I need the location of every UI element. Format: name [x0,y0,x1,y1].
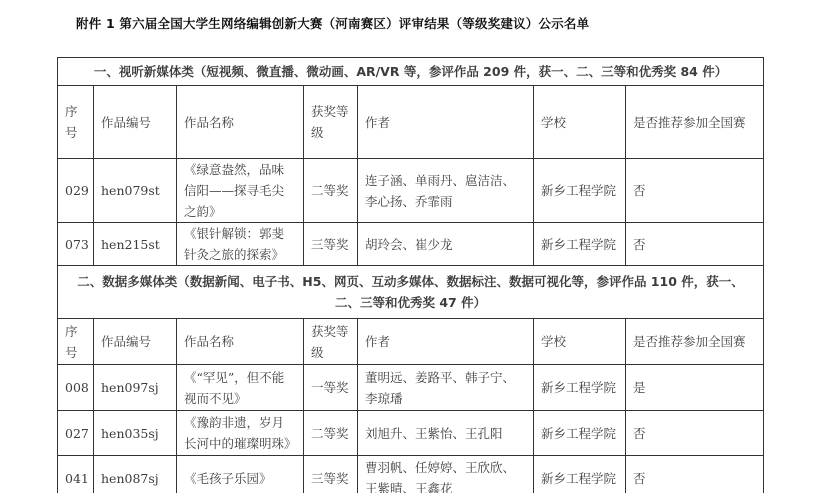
row-seq: 008 [58,365,94,411]
table-row: 027 hen035sj 《豫韵非遗，岁月长河中的璀璨明珠》 二等奖 刘旭升、王… [58,411,764,456]
row-award: 二等奖 [304,159,358,223]
row-authors: 曹羽帆、任婷婷、王欣欣、王紫晴、王鑫花 [358,456,534,493]
row-name: 《豫韵非遗，岁月长河中的璀璨明珠》 [177,411,304,456]
row-seq: 029 [58,159,94,223]
section-heading: 一、视听新媒体类（短视频、微直播、微动画、AR/VR 等，参评作品 209 件，… [58,58,764,86]
header-name: 作品名称 [177,86,304,159]
row-authors: 胡玲会、崔少龙 [358,223,534,266]
row-code: hen097sj [94,365,177,411]
row-name: 《“罕见”，但不能视而不见》 [177,365,304,411]
header-seq: 序号 [58,319,94,365]
row-recommend: 否 [626,411,764,456]
table-header-row: 序号 作品编号 作品名称 获奖等级 作者 学校 是否推荐参加全国赛 [58,86,764,159]
header-seq: 序号 [58,86,94,159]
row-school: 新乡工程学院 [534,365,626,411]
header-authors: 作者 [358,319,534,365]
row-seq: 027 [58,411,94,456]
table-row: 008 hen097sj 《“罕见”，但不能视而不见》 一等奖 董明远、姜路平、… [58,365,764,411]
table-row: 041 hen087sj 《毛孩子乐园》 三等奖 曹羽帆、任婷婷、王欣欣、王紫晴… [58,456,764,493]
row-name: 《银针解锁：郭斐针灸之旅的探索》 [177,223,304,266]
row-authors: 董明远、姜路平、韩子宁、李琼璠 [358,365,534,411]
row-award: 三等奖 [304,223,358,266]
row-seq: 041 [58,456,94,493]
header-school: 学校 [534,319,626,365]
header-recommend: 是否推荐参加全国赛 [626,319,764,365]
row-school: 新乡工程学院 [534,159,626,223]
section-heading: 二、数据多媒体类（数据新闻、电子书、H5、网页、互动多媒体、数据标注、数据可视化… [58,266,764,319]
document-title: 附件 1 第六届全国大学生网络编辑创新大赛（河南赛区）评审结果（等级奖建议）公示… [76,14,589,32]
header-code: 作品编号 [94,319,177,365]
row-recommend: 否 [626,223,764,266]
row-school: 新乡工程学院 [534,456,626,493]
row-code: hen079st [94,159,177,223]
table-header-row: 序号 作品编号 作品名称 获奖等级 作者 学校 是否推荐参加全国赛 [58,319,764,365]
row-code: hen035sj [94,411,177,456]
row-seq: 073 [58,223,94,266]
row-school: 新乡工程学院 [534,223,626,266]
header-authors: 作者 [358,86,534,159]
section-1-heading-row: 一、视听新媒体类（短视频、微直播、微动画、AR/VR 等，参评作品 209 件，… [58,58,764,86]
header-school: 学校 [534,86,626,159]
section-2-heading-row: 二、数据多媒体类（数据新闻、电子书、H5、网页、互动多媒体、数据标注、数据可视化… [58,266,764,319]
row-school: 新乡工程学院 [534,411,626,456]
row-authors: 连子涵、单雨丹、扈洁洁、李心扬、乔霏雨 [358,159,534,223]
row-recommend: 否 [626,456,764,493]
row-name: 《绿意盎然，品味信阳——探寻毛尖之韵》 [177,159,304,223]
row-code: hen215st [94,223,177,266]
table-row: 029 hen079st 《绿意盎然，品味信阳——探寻毛尖之韵》 二等奖 连子涵… [58,159,764,223]
row-recommend: 是 [626,365,764,411]
header-code: 作品编号 [94,86,177,159]
row-award: 一等奖 [304,365,358,411]
header-recommend: 是否推荐参加全国赛 [626,86,764,159]
row-award: 二等奖 [304,411,358,456]
row-award: 三等奖 [304,456,358,493]
award-results-table: 一、视听新媒体类（短视频、微直播、微动画、AR/VR 等，参评作品 209 件，… [57,57,764,493]
row-code: hen087sj [94,456,177,493]
header-name: 作品名称 [177,319,304,365]
row-name: 《毛孩子乐园》 [177,456,304,493]
table-row: 073 hen215st 《银针解锁：郭斐针灸之旅的探索》 三等奖 胡玲会、崔少… [58,223,764,266]
header-award: 获奖等级 [304,86,358,159]
row-authors: 刘旭升、王紫怡、王孔阳 [358,411,534,456]
row-recommend: 否 [626,159,764,223]
header-award: 获奖等级 [304,319,358,365]
